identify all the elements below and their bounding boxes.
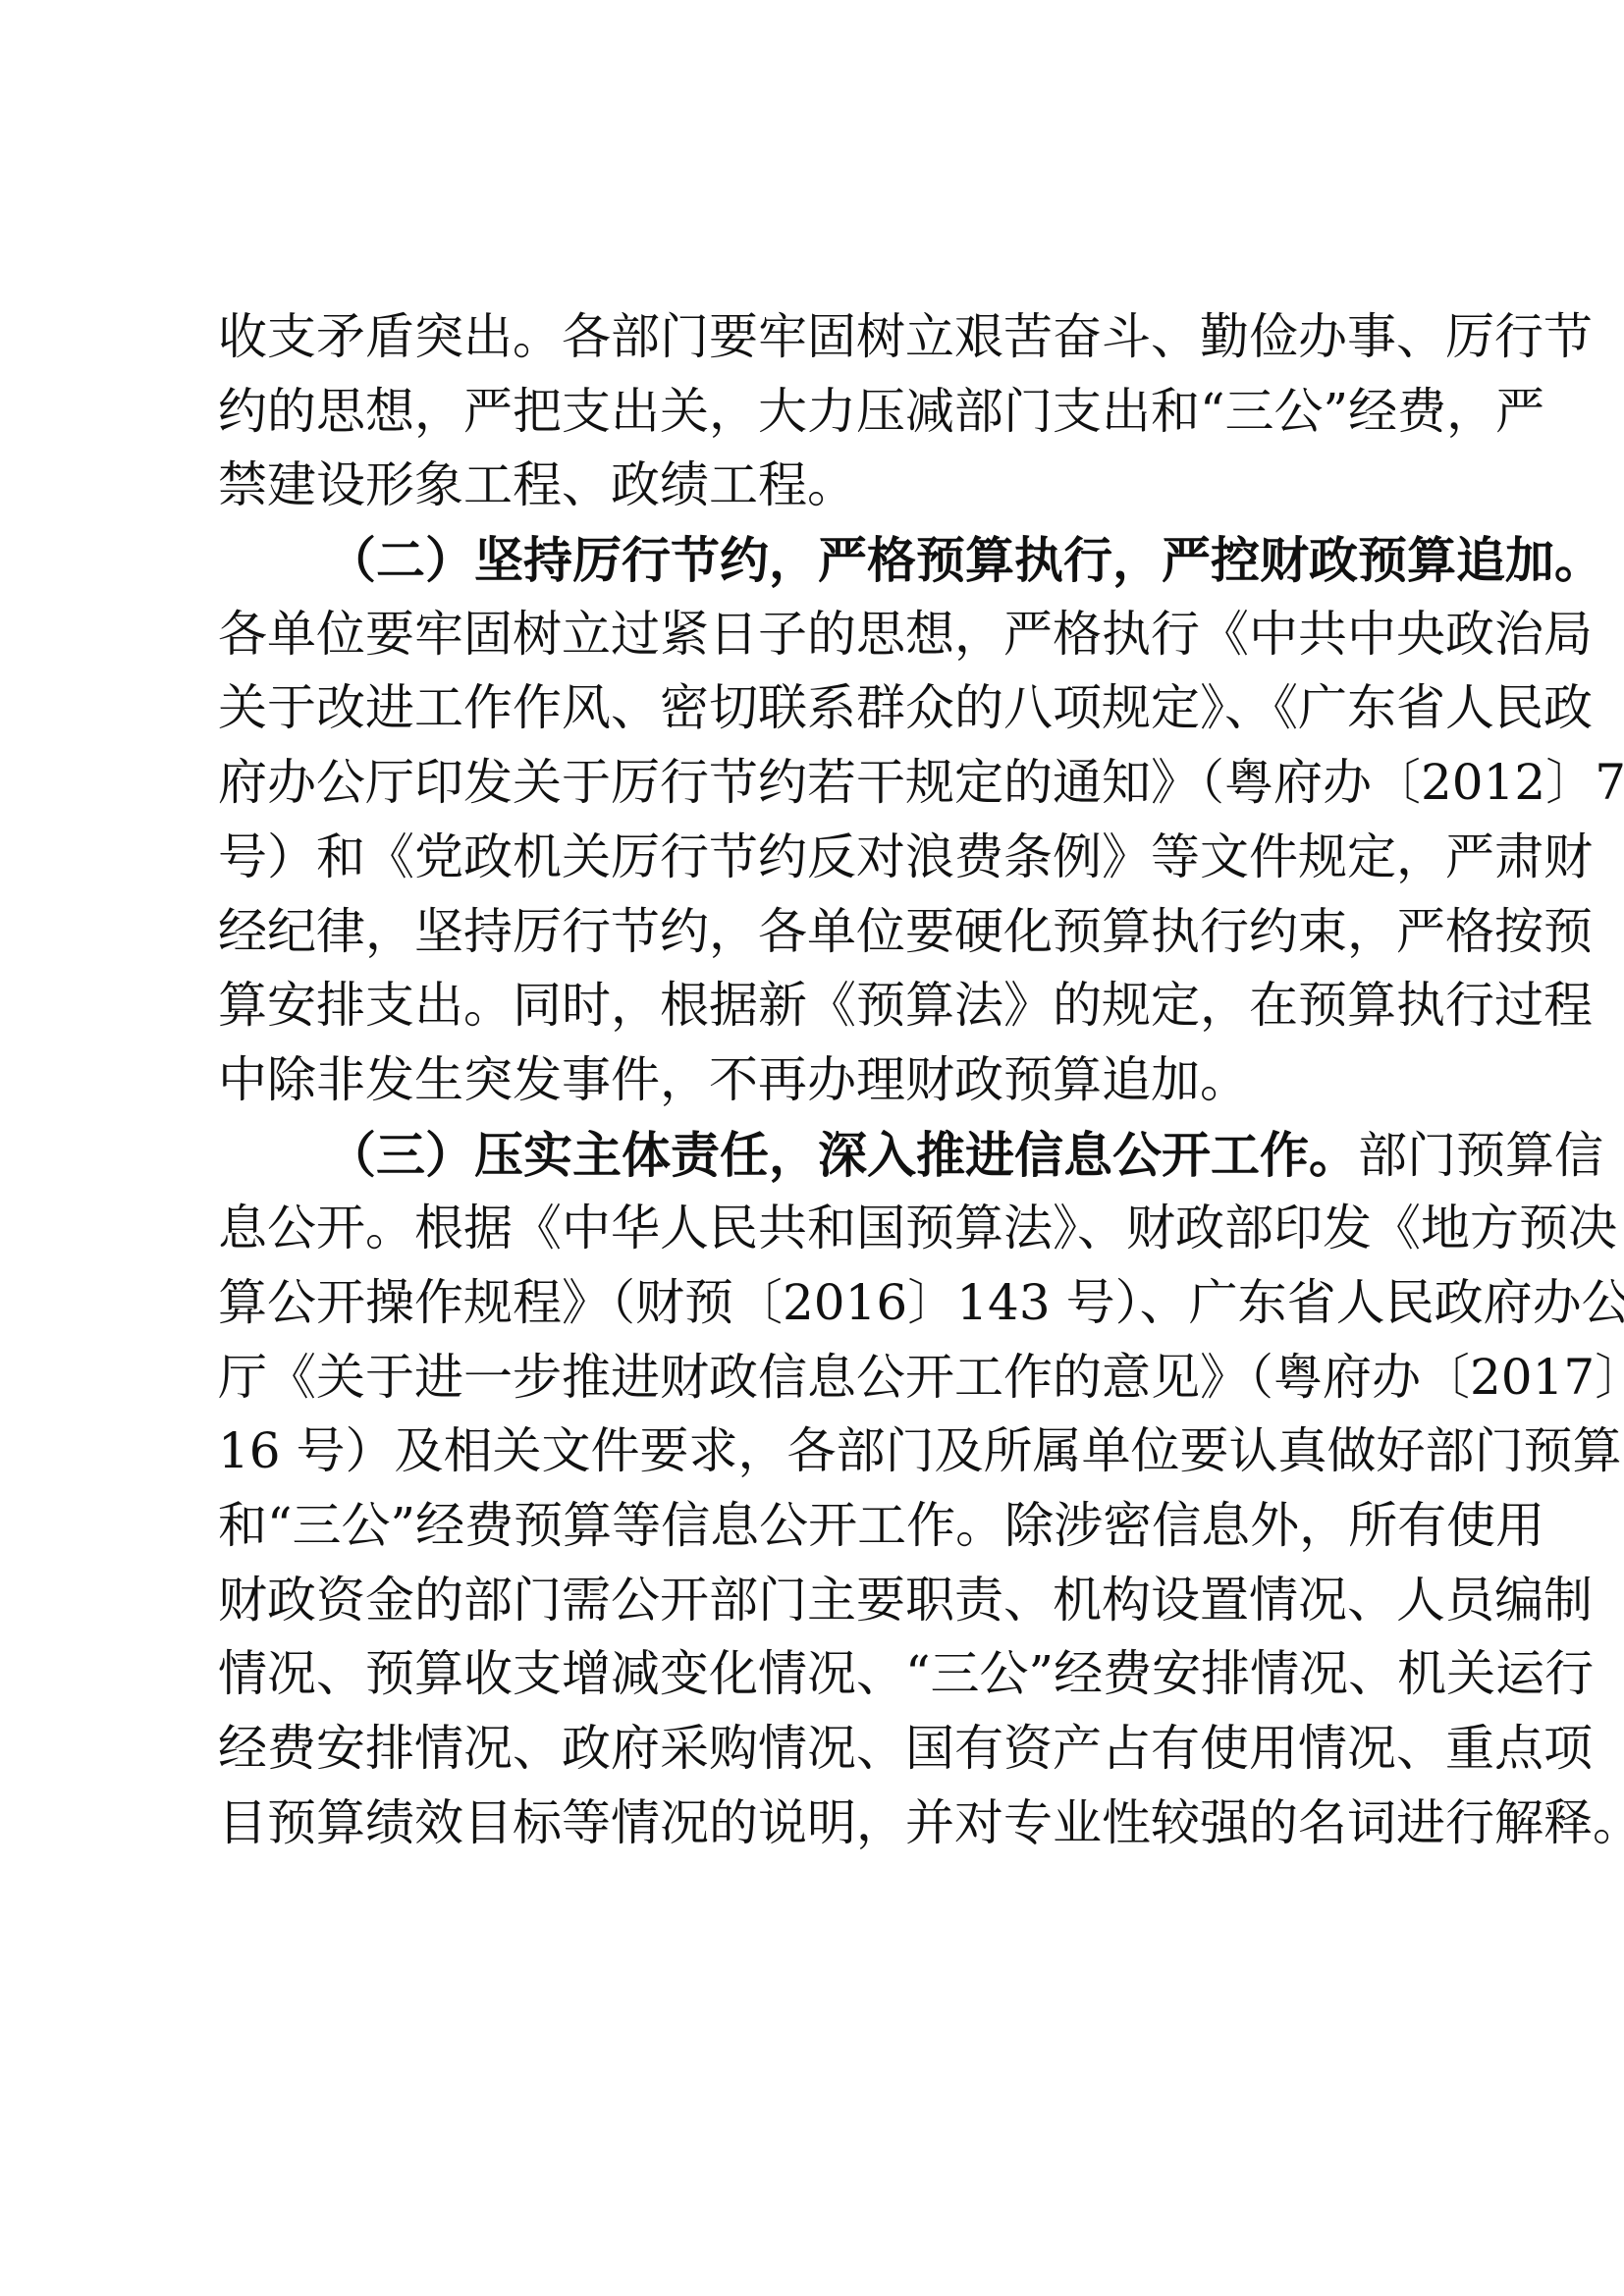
text-line: 关于改进工作作风、密切联系群众的八项规定》、《广东省人民政 <box>218 671 1424 746</box>
section-heading-line: （三）压实主体责任，深入推进信息公开工作。部门预算信 <box>218 1118 1424 1193</box>
section-2: （二）坚持厉行节约，严格预算执行，严控财政预算追加。 各单位要牢固树立过紧日子的… <box>218 523 1424 1118</box>
text-line: 息公开。根据《中华人民共和国预算法》、财政部印发《地方预决 <box>218 1192 1424 1266</box>
text-line: 16 号）及相关文件要求，各部门及所属单位要认真做好部门预算 <box>218 1415 1424 1489</box>
text-line: 中除非发生突发事件，不再办理财政预算追加。 <box>218 1043 1424 1118</box>
text-line: 收支矛盾突出。各部门要牢固树立艰苦奋斗、勤俭办事、厉行节 <box>218 300 1424 375</box>
text-line: 府办公厅印发关于厉行节约若干规定的通知》（粤府办〔2012〕72 <box>218 746 1424 821</box>
text-line: 财政资金的部门需公开部门主要职责、机构设置情况、人员编制 <box>218 1564 1424 1638</box>
text-line: 厅《关于进一步推进财政信息公开工作的意见》（粤府办〔2017〕 <box>218 1341 1424 1415</box>
text-line: 经纪律，坚持厉行节约，各单位要硬化预算执行约束，严格按预 <box>218 895 1424 970</box>
text-line: 情况、预算收支增减变化情况、“三公”经费安排情况、机关运行 <box>218 1637 1424 1712</box>
text-line: 和“三公”经费预算等信息公开工作。除涉密信息外，所有使用 <box>218 1489 1424 1564</box>
text-line: 约的思想，严把支出关，大力压减部门支出和“三公”经费，严 <box>218 375 1424 450</box>
text-line: 算安排支出。同时，根据新《预算法》的规定，在预算执行过程 <box>218 969 1424 1043</box>
paragraph-continuation: 收支矛盾突出。各部门要牢固树立艰苦奋斗、勤俭办事、厉行节 约的思想，严把支出关，… <box>218 300 1424 523</box>
section-3: （三）压实主体责任，深入推进信息公开工作。部门预算信 息公开。根据《中华人民共和… <box>218 1118 1424 1861</box>
text-line: 号）和《党政机关厉行节约反对浪费条例》等文件规定，严肃财 <box>218 821 1424 895</box>
document-page: 收支矛盾突出。各部门要牢固树立艰苦奋斗、勤俭办事、厉行节 约的思想，严把支出关，… <box>218 300 1424 1860</box>
section-heading: （二）坚持厉行节约，严格预算执行，严控财政预算追加。 <box>218 523 1424 598</box>
section-heading-tail: 部门预算信 <box>1358 1127 1603 1184</box>
text-line: 禁建设形象工程、政绩工程。 <box>218 449 1424 523</box>
text-line: 经费安排情况、政府采购情况、国有资产占有使用情况、重点项 <box>218 1712 1424 1787</box>
section-heading: （三）压实主体责任，深入推进信息公开工作。 <box>327 1126 1358 1184</box>
text-line: 各单位要牢固树立过紧日子的思想，严格执行《中共中央政治局 <box>218 598 1424 672</box>
text-line: 目预算绩效目标等情况的说明，并对专业性较强的名词进行解释。 <box>218 1787 1424 1861</box>
text-line: 算公开操作规程》（财预〔2016〕143 号）、广东省人民政府办公 <box>218 1266 1424 1341</box>
